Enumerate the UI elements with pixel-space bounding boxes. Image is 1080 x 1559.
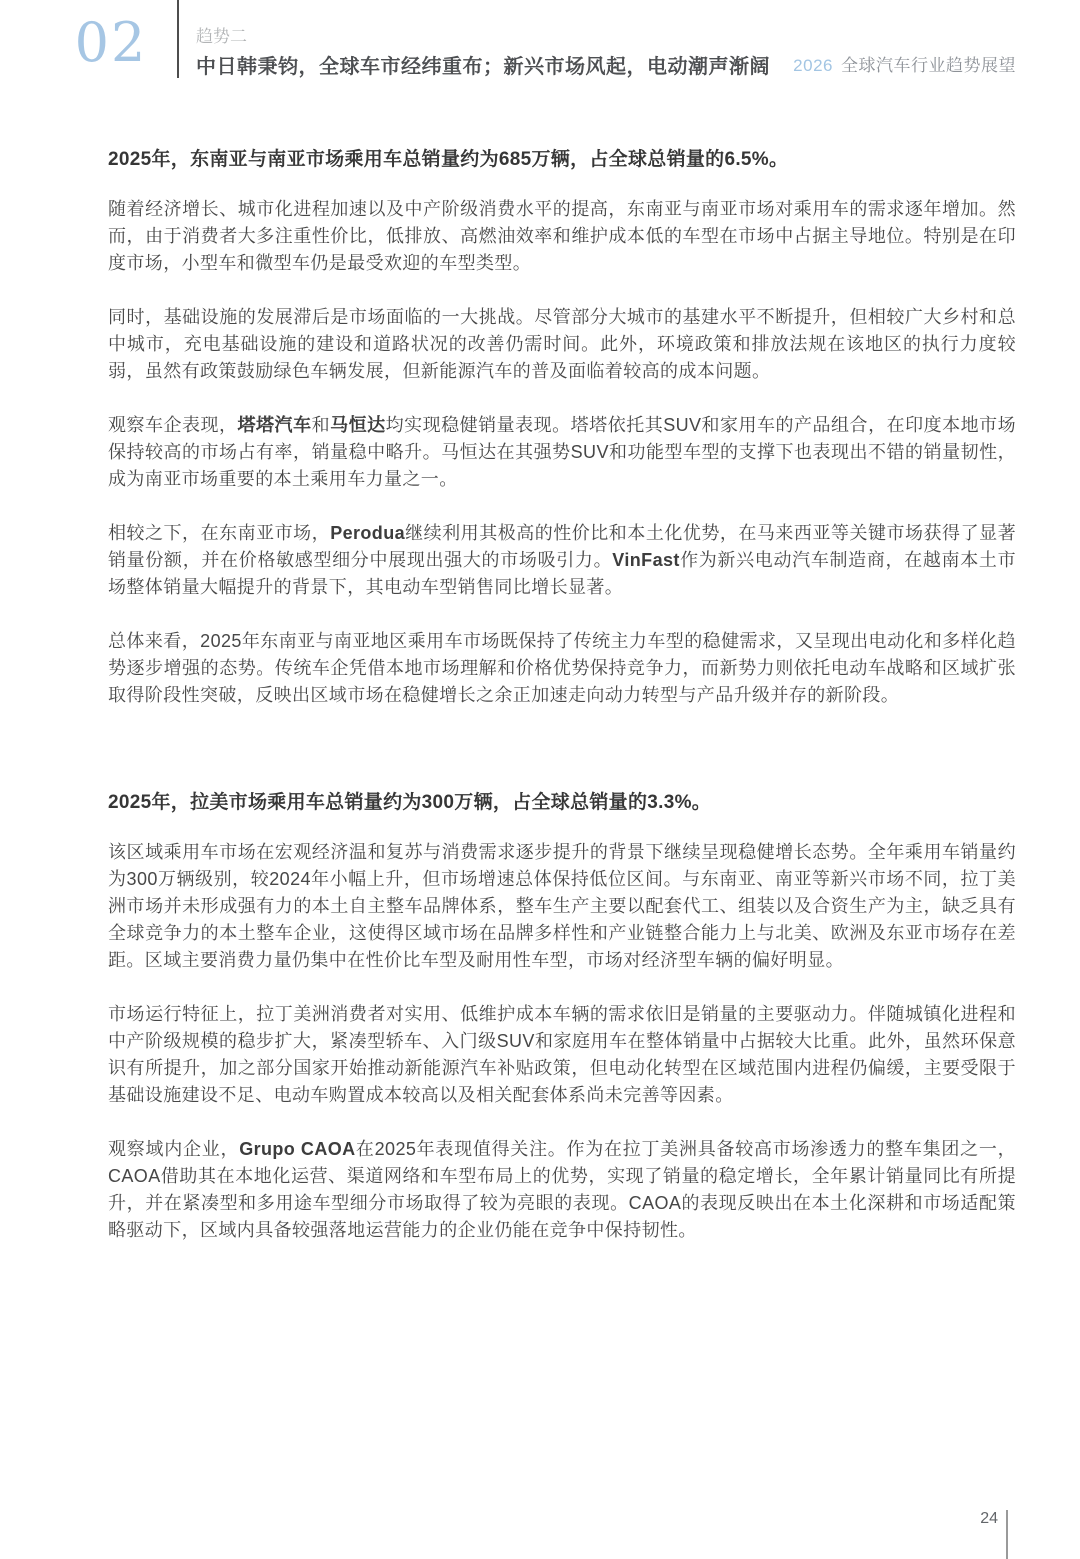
section-latin-america: 2025年，拉美市场乘用车总销量约为300万辆，占全球总销量的3.3%。 该区域… [108,789,1016,1244]
paragraph: 观察域内企业，Grupo CAOA在2025年表现值得关注。作为在拉丁美洲具备较… [108,1136,1016,1244]
chapter-label: 趋势二 [196,27,836,47]
section-heading-latam: 2025年，拉美市场乘用车总销量约为300万辆，占全球总销量的3.3%。 [108,789,1016,816]
document-page: 02 趋势二 中日韩秉钧，全球车市经纬重布；新兴市场风起，电动潮声渐阔 2026… [0,0,1080,1559]
paragraph: 该区域乘用车市场在宏观经济温和复苏与消费需求逐步提升的背景下继续呈现稳健增长态势… [108,839,1016,974]
chapter-number: 02 [52,14,170,72]
document-body: 2025年，东南亚与南亚市场乘用车总销量约为685万辆，占全球总销量的6.5%。… [108,146,1016,1244]
report-year: 2026 [793,56,833,75]
paragraph: 同时，基础设施的发展滞后是市场面临的一大挑战。尽管部分大城市的基建水平不断提升，… [108,304,1016,385]
report-title-text: 全球汽车行业趋势展望 [841,56,1016,75]
page-number: 24 [972,1509,998,1529]
footer-divider [1006,1510,1008,1559]
chapter-title: 中日韩秉钧，全球车市经纬重布；新兴市场风起，电动潮声渐阔 [196,55,836,79]
report-title: 2026全球汽车行业趋势展望 [793,56,1016,76]
paragraph: 市场运行特征上，拉丁美洲消费者对实用、低维护成本车辆的需求依旧是销量的主要驱动力… [108,1001,1016,1109]
section-southeast-south-asia: 2025年，东南亚与南亚市场乘用车总销量约为685万辆，占全球总销量的6.5%。… [108,146,1016,709]
paragraph: 观察车企表现，塔塔汽车和马恒达均实现稳健销量表现。塔塔依托其SUV和家用车的产品… [108,412,1016,493]
paragraph: 总体来看，2025年东南亚与南亚地区乘用车市场既保持了传统主力车型的稳健需求，又… [108,628,1016,709]
paragraph: 相较之下，在东南亚市场，Perodua继续利用其极高的性价比和本土化优势，在马来… [108,520,1016,601]
section-heading-sea-sa: 2025年，东南亚与南亚市场乘用车总销量约为685万辆，占全球总销量的6.5%。 [108,146,1016,173]
header-left: 趋势二 中日韩秉钧，全球车市经纬重布；新兴市场风起，电动潮声渐阔 [196,27,836,79]
paragraph: 随着经济增长、城市化进程加速以及中产阶级消费水平的提高，东南亚与南亚市场对乘用车… [108,196,1016,277]
header-divider [177,0,179,78]
